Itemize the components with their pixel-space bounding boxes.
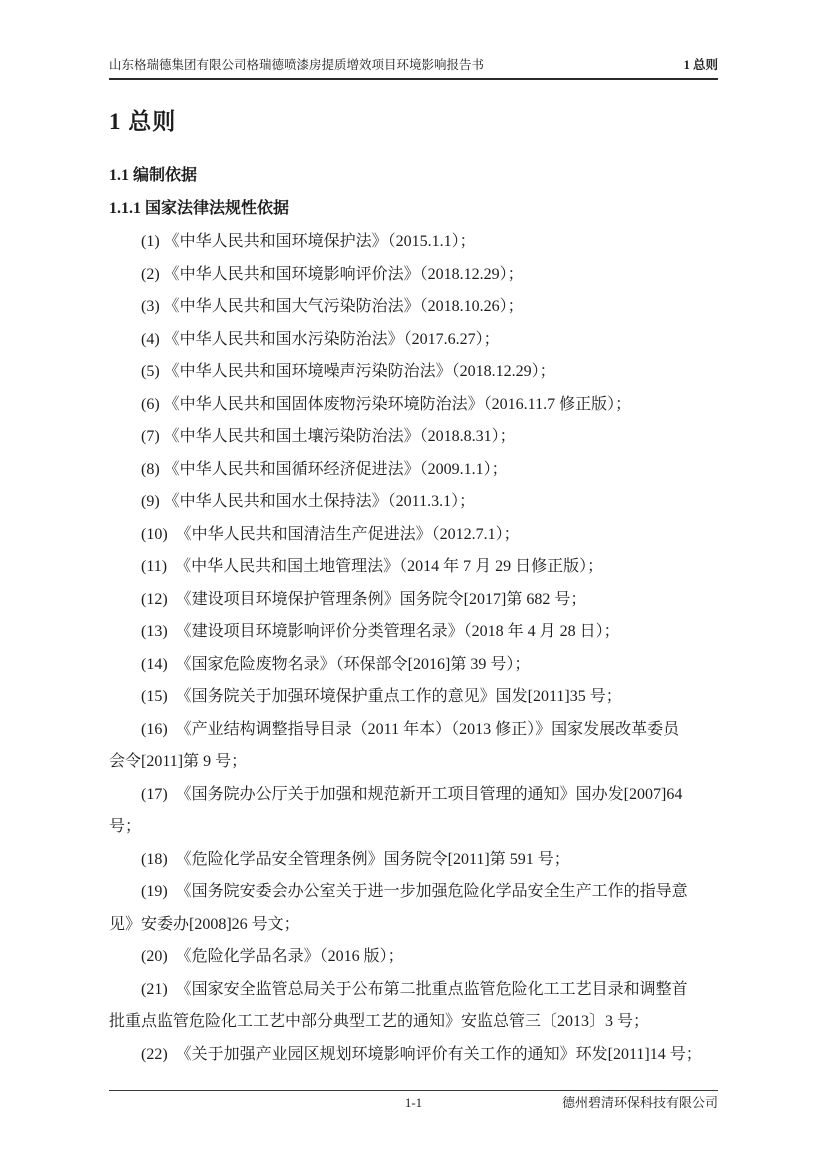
document-page: 山东格瑞德集团有限公司格瑞德喷漆房提质增效项目环境影响报告书 1 总则 1 总则… xyxy=(0,0,827,1169)
legal-item: (18) 《危险化学品安全管理条例》国务院令[2011]第 591 号； xyxy=(109,844,718,877)
legal-item: (2) 《中华人民共和国环境影响评价法》（2018.12.29）； xyxy=(109,259,718,292)
header-doc-title: 山东格瑞德集团有限公司格瑞德喷漆房提质增效项目环境影响报告书 xyxy=(109,57,484,73)
legal-item: (4) 《中华人民共和国水污染防治法》（2017.6.27）； xyxy=(109,324,718,357)
legal-item: (8) 《中华人民共和国循环经济促进法》（2009.1.1）； xyxy=(109,454,718,487)
section-heading-1-1-1: 1.1.1 国家法律法规性依据 xyxy=(109,199,718,219)
legal-item: (1) 《中华人民共和国环境保护法》（2015.1.1）； xyxy=(109,226,718,259)
legal-item: (11) 《中华人民共和国土地管理法》（2014 年 7 月 29 日修正版）； xyxy=(109,551,718,584)
legal-item: (22) 《关于加强产业园区规划环境影响评价有关工作的通知》环发[2011]14… xyxy=(109,1039,718,1072)
section-heading-1-1: 1.1 编制依据 xyxy=(109,166,718,186)
footer-company-name: 德州碧清环保科技有限公司 xyxy=(562,1095,718,1110)
legal-item: (16) 《产业结构调整指导目录（2011 年本）（2013 修正）》国家发展改… xyxy=(109,714,718,779)
legal-item: (12) 《建设项目环境保护管理条例》国务院令[2017]第 682 号； xyxy=(109,584,718,617)
page-content: 1 总则 1.1 编制依据 1.1.1 国家法律法规性依据 (1) 《中华人民共… xyxy=(109,83,718,1071)
legal-items-list: (1) 《中华人民共和国环境保护法》（2015.1.1）； (2) 《中华人民共… xyxy=(109,226,718,1071)
legal-item: (20) 《危险化学品名录》（2016 版）； xyxy=(109,941,718,974)
legal-item: (17) 《国务院办公厅关于加强和规范新开工项目管理的通知》国办发[2007]6… xyxy=(109,779,718,844)
page-header: 山东格瑞德集团有限公司格瑞德喷漆房提质增效项目环境影响报告书 1 总则 xyxy=(109,0,718,80)
legal-item: (13) 《建设项目环境影响评价分类管理名录》（2018 年 4 月 28 日）… xyxy=(109,616,718,649)
legal-item: (19) 《国务院安委会办公室关于进一步加强危险化学品安全生产工作的指导意 见》… xyxy=(109,876,718,941)
legal-item: (14) 《国家危险废物名录》（环保部令[2016]第 39 号）； xyxy=(109,649,718,682)
header-chapter-label: 1 总则 xyxy=(684,57,718,73)
legal-item: (6) 《中华人民共和国固体废物污染环境防治法》（2016.11.7 修正版）； xyxy=(109,389,718,422)
legal-item: (7) 《中华人民共和国土壤污染防治法》（2018.8.31）； xyxy=(109,421,718,454)
legal-item: (21) 《国家安全监管总局关于公布第二批重点监管危险化工工艺目录和调整首 批重… xyxy=(109,974,718,1039)
legal-item: (9) 《中华人民共和国水土保持法》（2011.3.1）； xyxy=(109,486,718,519)
legal-item: (10) 《中华人民共和国清洁生产促进法》（2012.7.1）； xyxy=(109,519,718,552)
chapter-title: 1 总则 xyxy=(109,107,718,137)
legal-item: (3) 《中华人民共和国大气污染防治法》（2018.10.26）； xyxy=(109,291,718,324)
page-footer: 1-1 德州碧清环保科技有限公司 xyxy=(109,1090,718,1110)
legal-item: (15) 《国务院关于加强环境保护重点工作的意见》国发[2011]35 号； xyxy=(109,681,718,714)
legal-item: (5) 《中华人民共和国环境噪声污染防治法》（2018.12.29）； xyxy=(109,356,718,389)
